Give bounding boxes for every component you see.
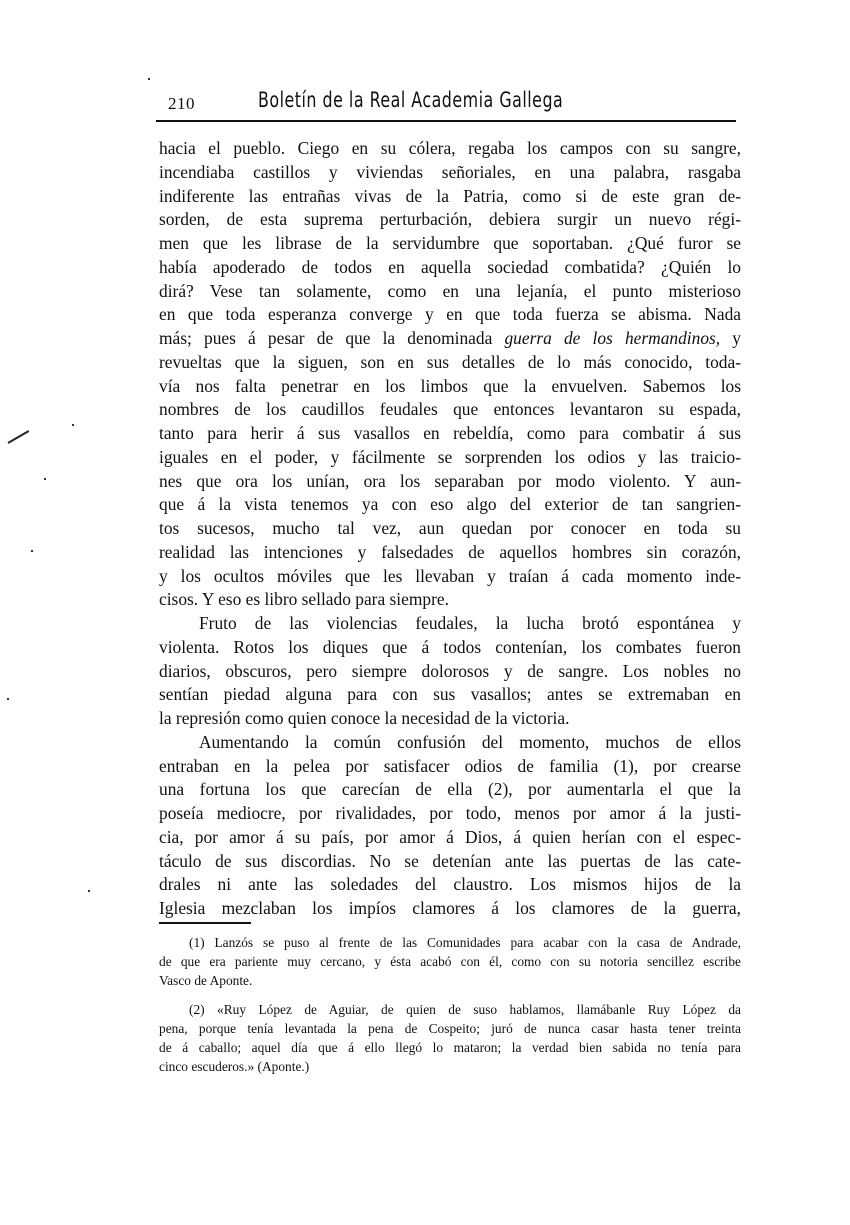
text-segment: más; pues á pesar de que la denominada bbox=[159, 328, 492, 348]
text-line: dirá? Vese tan solamente, como en una le… bbox=[159, 280, 741, 304]
text-line: nombres de los caudillos feudales que en… bbox=[159, 398, 741, 422]
text-line: hacia el pueblo. Ciego en su cólera, reg… bbox=[159, 137, 741, 161]
running-title: Boletín de la Real Academia Gallega bbox=[258, 88, 563, 112]
text-line: cisos. Y eso es libro sellado para siemp… bbox=[159, 588, 741, 612]
footnote-line: de que era pariente muy cercano, y ésta … bbox=[159, 952, 741, 971]
scan-speck bbox=[44, 478, 46, 480]
text-line: realidad las intenciones y falsedades de… bbox=[159, 541, 741, 565]
italic-phrase: guerra de los hermandinos, bbox=[504, 328, 720, 348]
text-line: táculo de sus discordias. No se detenían… bbox=[159, 850, 741, 874]
text-line: tos sucesos, mucho tal vez, aun quedan p… bbox=[159, 517, 741, 541]
footnote-spacer bbox=[159, 991, 741, 1000]
scan-speck bbox=[148, 78, 150, 80]
text-line: sorden, de esta suprema perturbación, de… bbox=[159, 208, 741, 232]
text-line: iguales en el poder, y fácilmente se sor… bbox=[159, 446, 741, 470]
text-line: la represión como quien conoce la necesi… bbox=[159, 707, 741, 731]
footnote-line: (1) Lanzós se puso al frente de las Comu… bbox=[159, 933, 741, 952]
scanned-page: 210 Boletín de la Real Academia Gallega … bbox=[0, 0, 850, 1225]
text-line: diarios, obscuros, pero siempre doloroso… bbox=[159, 660, 741, 684]
text-line: Iglesia mezclaban los impíos clamores á … bbox=[159, 897, 741, 921]
scan-speck bbox=[88, 890, 90, 892]
text-line: poseía mediocre, por rivalidades, por to… bbox=[159, 802, 741, 826]
text-line: en que toda esperanza converge y en que … bbox=[159, 303, 741, 327]
text-line: nes que ora los unían, ora los separaban… bbox=[159, 470, 741, 494]
text-line: Aumentando la común confusión del moment… bbox=[159, 731, 741, 755]
scan-speck bbox=[72, 424, 74, 426]
margin-pencil-mark bbox=[8, 430, 30, 444]
footnotes: (1) Lanzós se puso al frente de las Comu… bbox=[159, 933, 741, 1076]
text-line: Fruto de las violencias feudales, la luc… bbox=[159, 612, 741, 636]
footnote-line: (2) «Ruy López de Aguiar, de quien de su… bbox=[159, 1000, 741, 1019]
text-line: sentían piedad alguna para con sus vasal… bbox=[159, 683, 741, 707]
text-line: men que les librase de la servidumbre qu… bbox=[159, 232, 741, 256]
footnote-line: de á caballo; aquel día que á ello llegó… bbox=[159, 1038, 741, 1057]
text-line: una fortuna los que carecían de ella (2)… bbox=[159, 778, 741, 802]
text-line: había apoderado de todos en aquella soci… bbox=[159, 256, 741, 280]
scan-speck bbox=[7, 698, 9, 700]
page-number: 210 bbox=[168, 94, 195, 114]
footnote-2: (2) «Ruy López de Aguiar, de quien de su… bbox=[159, 1000, 741, 1077]
text-line: entraban en la pelea por satisfacer odio… bbox=[159, 755, 741, 779]
footnote-line: cinco escuderos.» (Aponte.) bbox=[159, 1057, 741, 1076]
footnote-line: pena, porque tenía levantada la pena de … bbox=[159, 1019, 741, 1038]
text-line-with-italic: más; pues á pesar de que la denominada g… bbox=[159, 327, 741, 351]
text-line: incendiaba castillos y viviendas señoria… bbox=[159, 161, 741, 185]
running-header: 210 Boletín de la Real Academia Gallega bbox=[160, 88, 738, 118]
text-line: vía nos falta penetrar en los limbos que… bbox=[159, 375, 741, 399]
text-line: drales ni ante las soledades del claustr… bbox=[159, 873, 741, 897]
text-line: indiferente las entrañas vivas de la Pat… bbox=[159, 185, 741, 209]
text-line: que á la vista tenemos ya con eso algo d… bbox=[159, 493, 741, 517]
text-line: y los ocultos móviles que les llevaban y… bbox=[159, 565, 741, 589]
footnote-rule bbox=[159, 922, 251, 924]
text-line: tanto para herir á sus vasallos en rebel… bbox=[159, 422, 741, 446]
text-line: revueltas que la siguen, son en sus deta… bbox=[159, 351, 741, 375]
scan-speck bbox=[31, 550, 33, 552]
footnote-line: Vasco de Aponte. bbox=[159, 971, 741, 990]
text-line: violenta. Rotos los diques que á todos c… bbox=[159, 636, 741, 660]
text-segment: y bbox=[720, 328, 741, 348]
footnote-1: (1) Lanzós se puso al frente de las Comu… bbox=[159, 933, 741, 991]
body-text: hacia el pueblo. Ciego en su cólera, reg… bbox=[159, 137, 741, 921]
text-line: cia, por amor á su país, por amor á Dios… bbox=[159, 826, 741, 850]
header-rule bbox=[156, 120, 736, 122]
